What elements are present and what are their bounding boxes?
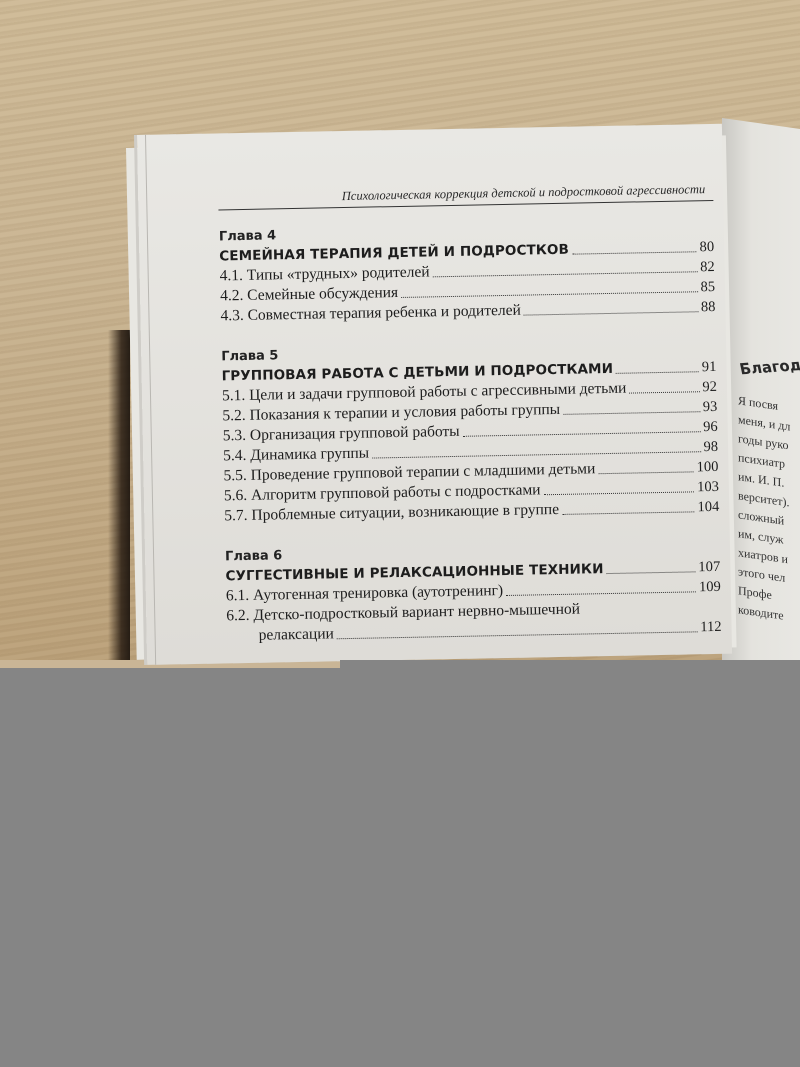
page-number: 107 bbox=[698, 557, 720, 577]
page-number: 82 bbox=[700, 257, 715, 277]
page-number: 98 bbox=[703, 437, 718, 457]
section-title-continuation: релаксации bbox=[258, 624, 334, 645]
leader-dots bbox=[337, 631, 697, 639]
leader-dots bbox=[463, 431, 701, 437]
page-number: 85 bbox=[700, 277, 715, 297]
page-number: 91 bbox=[702, 357, 717, 377]
page-number: 93 bbox=[703, 397, 718, 417]
book-page: Психологическая коррекция детской и подр… bbox=[137, 124, 732, 665]
page-number: 80 bbox=[699, 237, 714, 257]
chapter-6: Глава 6 СУГГЕСТИВНЫЕ И РЕЛАКСАЦИОННЫЕ ТЕ… bbox=[225, 539, 722, 646]
right-page-text: Благода Я посвя меня, и дл годы руко пси… bbox=[738, 360, 800, 634]
page-number: 109 bbox=[699, 577, 721, 597]
chapter-4: Глава 4 СЕМЕЙНАЯ ТЕРАПИЯ ДЕТЕЙ И ПОДРОСТ… bbox=[219, 219, 716, 326]
redaction-overlay bbox=[0, 668, 800, 1067]
leader-dots bbox=[506, 591, 696, 596]
table-of-contents: Психологическая коррекция детской и подр… bbox=[218, 182, 722, 668]
leader-dots bbox=[607, 571, 696, 574]
right-page-heading: Благода bbox=[738, 353, 800, 380]
leader-dots bbox=[562, 511, 694, 515]
leader-dots bbox=[433, 271, 698, 277]
page-number: 100 bbox=[697, 457, 719, 477]
page-number: 112 bbox=[700, 617, 722, 637]
chapter-5: Глава 5 ГРУППОВАЯ РАБОТА С ДЕТЬМИ И ПОДР… bbox=[221, 339, 719, 526]
section-title: 4.1. Типы «трудных» родителей bbox=[220, 262, 430, 286]
leader-dots bbox=[544, 491, 695, 495]
book-shadow bbox=[108, 330, 130, 660]
running-head: Психологическая коррекция детской и подр… bbox=[218, 182, 713, 210]
leader-dots bbox=[524, 311, 698, 315]
leader-dots bbox=[572, 251, 697, 254]
leader-dots bbox=[563, 411, 700, 415]
section-title: 5.4. Динамика группы bbox=[223, 444, 369, 467]
leader-dots bbox=[598, 471, 693, 474]
page-number: 88 bbox=[701, 297, 716, 317]
page-number: 104 bbox=[697, 497, 719, 517]
leader-dots bbox=[629, 391, 699, 393]
page-number: 103 bbox=[697, 477, 719, 497]
leader-dots bbox=[401, 291, 697, 298]
page-number: 96 bbox=[703, 417, 718, 437]
page-number: 92 bbox=[702, 377, 717, 397]
leader-dots bbox=[616, 371, 699, 374]
